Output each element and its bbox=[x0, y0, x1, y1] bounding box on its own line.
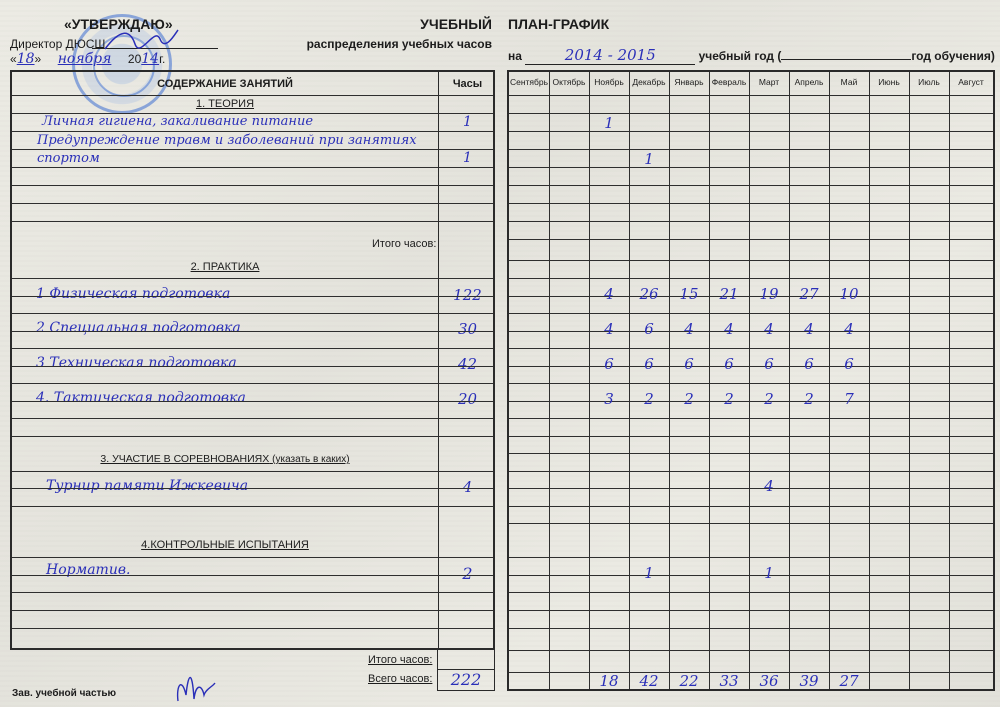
column-header-content: СОДЕРЖАНИЕ ЗАНЯТИЙ bbox=[12, 78, 438, 90]
month-header: Июль bbox=[909, 77, 949, 87]
zav-signature-icon bbox=[172, 665, 217, 705]
itogo-label: Итого часов: bbox=[368, 654, 432, 666]
month-header: Февраль bbox=[709, 77, 749, 87]
month-header: Декабрь bbox=[629, 77, 669, 87]
schedule-total-cell: 36 bbox=[749, 672, 789, 690]
grid-row-divider bbox=[509, 506, 993, 507]
schedule-physical-cell: 21 bbox=[709, 285, 749, 303]
grid-column-divider bbox=[669, 72, 670, 689]
approval-date: «18» ноября 2014г. bbox=[10, 51, 165, 67]
itogo-value-box bbox=[437, 648, 495, 670]
schedule-physical-cell: 19 bbox=[749, 285, 789, 303]
schedule-total-cell: 27 bbox=[829, 672, 869, 690]
theory-row-2-text: Предупреждение травм и заболеваний при з… bbox=[37, 132, 437, 168]
content-table: СОДЕРЖАНИЕ ЗАНЯТИЙ Часы 1. ТЕОРИЯ Личная… bbox=[10, 70, 495, 650]
schedule-technical-cell: 6 bbox=[629, 355, 669, 373]
schedule-grid: СентябрьОктябрьНоябрьДекабрьЯнварьФеврал… bbox=[507, 70, 995, 691]
schedule-technical-cell: 6 bbox=[709, 355, 749, 373]
section-practice-title: 2. ПРАКТИКА bbox=[12, 261, 438, 273]
practice-row-4-hours: 20 bbox=[440, 390, 495, 408]
grid-column-divider bbox=[789, 72, 790, 689]
schedule-special-cell: 4 bbox=[829, 320, 869, 338]
schedule-technical-cell: 6 bbox=[669, 355, 709, 373]
grid-row-divider bbox=[509, 313, 993, 314]
schedule-tactical-cell: 2 bbox=[709, 390, 749, 408]
theory-total-label: Итого часов: bbox=[372, 238, 436, 250]
grid-row-divider bbox=[509, 167, 993, 168]
schedule-tactical-cell: 7 bbox=[829, 390, 869, 408]
grid-row-divider bbox=[509, 149, 993, 150]
grid-row-divider bbox=[509, 592, 993, 593]
grid-row-divider bbox=[509, 557, 993, 558]
schedule-physical-cell: 10 bbox=[829, 285, 869, 303]
vsego-value: 222 bbox=[451, 670, 482, 689]
practice-row-2-text: 2 Специальная подготовка bbox=[36, 320, 241, 336]
schedule-technical-cell: 6 bbox=[589, 355, 629, 373]
competition-row-1-hours: 4 bbox=[440, 478, 495, 496]
grid-row-divider bbox=[509, 523, 993, 524]
title-uchebny: УЧЕБНЫЙ bbox=[420, 16, 492, 32]
theory-row-1-text: Личная гигиена, закаливание питание bbox=[42, 114, 313, 129]
grid-column-divider bbox=[709, 72, 710, 689]
competition-row-1-text: Турнир памяти Ижкевича bbox=[46, 478, 248, 494]
schedule-theory-2-cell: 1 bbox=[629, 150, 669, 168]
schedule-tactical-cell: 2 bbox=[629, 390, 669, 408]
grid-row-divider bbox=[509, 383, 993, 384]
tests-row-1-hours: 2 bbox=[440, 564, 495, 583]
schedule-tactical-cell: 2 bbox=[749, 390, 789, 408]
month-header: Июнь bbox=[869, 77, 909, 87]
date-month: ноября bbox=[45, 51, 125, 67]
grid-row-divider bbox=[509, 113, 993, 114]
schedule-total-cell: 42 bbox=[629, 672, 669, 690]
month-header: Август bbox=[949, 77, 993, 87]
document-page: «УТВЕРЖДАЮ» Директор ДЮСШ «18» ноября 20… bbox=[0, 0, 1000, 707]
academic-year-line: на 2014 - 2015 учебный год (год обучения… bbox=[508, 46, 998, 65]
schedule-special-cell: 4 bbox=[709, 320, 749, 338]
practice-row-4-text: 4. Тактическая подготовка bbox=[36, 390, 246, 406]
section-theory-title: 1. ТЕОРИЯ bbox=[12, 98, 438, 110]
practice-row-3-hours: 42 bbox=[440, 355, 495, 373]
grid-row-divider bbox=[509, 131, 993, 132]
theory-row-1-hours: 1 bbox=[440, 114, 495, 130]
schedule-special-cell: 4 bbox=[669, 320, 709, 338]
grid-row-divider bbox=[509, 628, 993, 629]
schedule-special-cell: 4 bbox=[749, 320, 789, 338]
schedule-tactical-cell: 2 bbox=[789, 390, 829, 408]
schedule-total-cell: 22 bbox=[669, 672, 709, 690]
schedule-special-cell: 4 bbox=[589, 320, 629, 338]
schedule-theory-1-cell: 1 bbox=[589, 114, 629, 132]
year-of-study-field bbox=[781, 59, 911, 60]
month-header: Январь bbox=[669, 77, 709, 87]
subtitle-distribution: распределения учебных часов bbox=[307, 37, 492, 51]
grid-row-divider bbox=[509, 436, 993, 437]
practice-row-3-text: 3 Техническая подготовка bbox=[36, 355, 237, 371]
month-header: Октябрь bbox=[549, 77, 589, 87]
grid-column-divider bbox=[909, 72, 910, 689]
section-competitions-title: 3. УЧАСТИЕ В СОРЕВНОВАНИЯХ (указать в ка… bbox=[12, 453, 438, 465]
schedule-technical-cell: 6 bbox=[749, 355, 789, 373]
month-header: Март bbox=[749, 77, 789, 87]
schedule-total-cell: 33 bbox=[709, 672, 749, 690]
grid-row-divider bbox=[509, 610, 993, 611]
grid-row-divider bbox=[509, 418, 993, 419]
schedule-physical-cell: 27 bbox=[789, 285, 829, 303]
zav-label: Зав. учебной частью bbox=[12, 688, 116, 699]
schedule-tactical-cell: 3 bbox=[589, 390, 629, 408]
theory-row-2-hours: 1 bbox=[440, 150, 495, 166]
grid-row-divider bbox=[509, 348, 993, 349]
grid-column-divider bbox=[949, 72, 950, 689]
month-header: Сентябрь bbox=[509, 77, 549, 87]
director-signature-icon bbox=[100, 24, 180, 54]
practice-row-1-hours: 122 bbox=[440, 286, 495, 304]
month-header: Ноябрь bbox=[589, 77, 629, 87]
section-tests-title: 4.КОНТРОЛЬНЫЕ ИСПЫТАНИЯ bbox=[12, 539, 438, 551]
schedule-physical-cell: 15 bbox=[669, 285, 709, 303]
schedule-technical-cell: 6 bbox=[789, 355, 829, 373]
grid-column-divider bbox=[549, 72, 550, 689]
schedule-physical-cell: 4 bbox=[589, 285, 629, 303]
grid-row-divider bbox=[509, 95, 993, 96]
grid-column-divider bbox=[869, 72, 870, 689]
grid-row-divider bbox=[509, 203, 993, 204]
schedule-tests-cell: 1 bbox=[629, 564, 669, 582]
grid-row-divider bbox=[509, 260, 993, 261]
schedule-tactical-cell: 2 bbox=[669, 390, 709, 408]
schedule-tests-cell: 1 bbox=[749, 564, 789, 582]
schedule-total-cell: 39 bbox=[789, 672, 829, 690]
schedule-competition-cell: 4 bbox=[749, 477, 789, 495]
date-day: 18 bbox=[17, 51, 35, 67]
schedule-technical-cell: 6 bbox=[829, 355, 869, 373]
grid-row-divider bbox=[509, 278, 993, 279]
grid-column-divider bbox=[749, 72, 750, 689]
date-year: 14 bbox=[141, 51, 159, 67]
grid-column-divider bbox=[829, 72, 830, 689]
month-header: Апрель bbox=[789, 77, 829, 87]
grid-column-divider bbox=[589, 72, 590, 689]
title-plan-grafik: ПЛАН-ГРАФИК bbox=[508, 16, 609, 32]
month-header: Май bbox=[829, 77, 869, 87]
grid-row-divider bbox=[509, 221, 993, 222]
practice-row-1-text: 1 Физическая подготовка bbox=[36, 286, 230, 302]
academic-year-value: 2014 - 2015 bbox=[525, 46, 695, 65]
vsego-label: Всего часов: bbox=[368, 673, 432, 685]
grid-row-divider bbox=[509, 239, 993, 240]
schedule-physical-cell: 26 bbox=[629, 285, 669, 303]
vsego-value-box: 222 bbox=[437, 669, 495, 691]
column-header-hours: Часы bbox=[440, 78, 495, 90]
grid-row-divider bbox=[509, 185, 993, 186]
grid-row-divider bbox=[509, 471, 993, 472]
grid-row-divider bbox=[509, 453, 993, 454]
practice-row-2-hours: 30 bbox=[440, 320, 495, 338]
schedule-total-cell: 18 bbox=[589, 672, 629, 690]
schedule-special-cell: 4 bbox=[789, 320, 829, 338]
grid-row-divider bbox=[509, 650, 993, 651]
schedule-special-cell: 6 bbox=[629, 320, 669, 338]
